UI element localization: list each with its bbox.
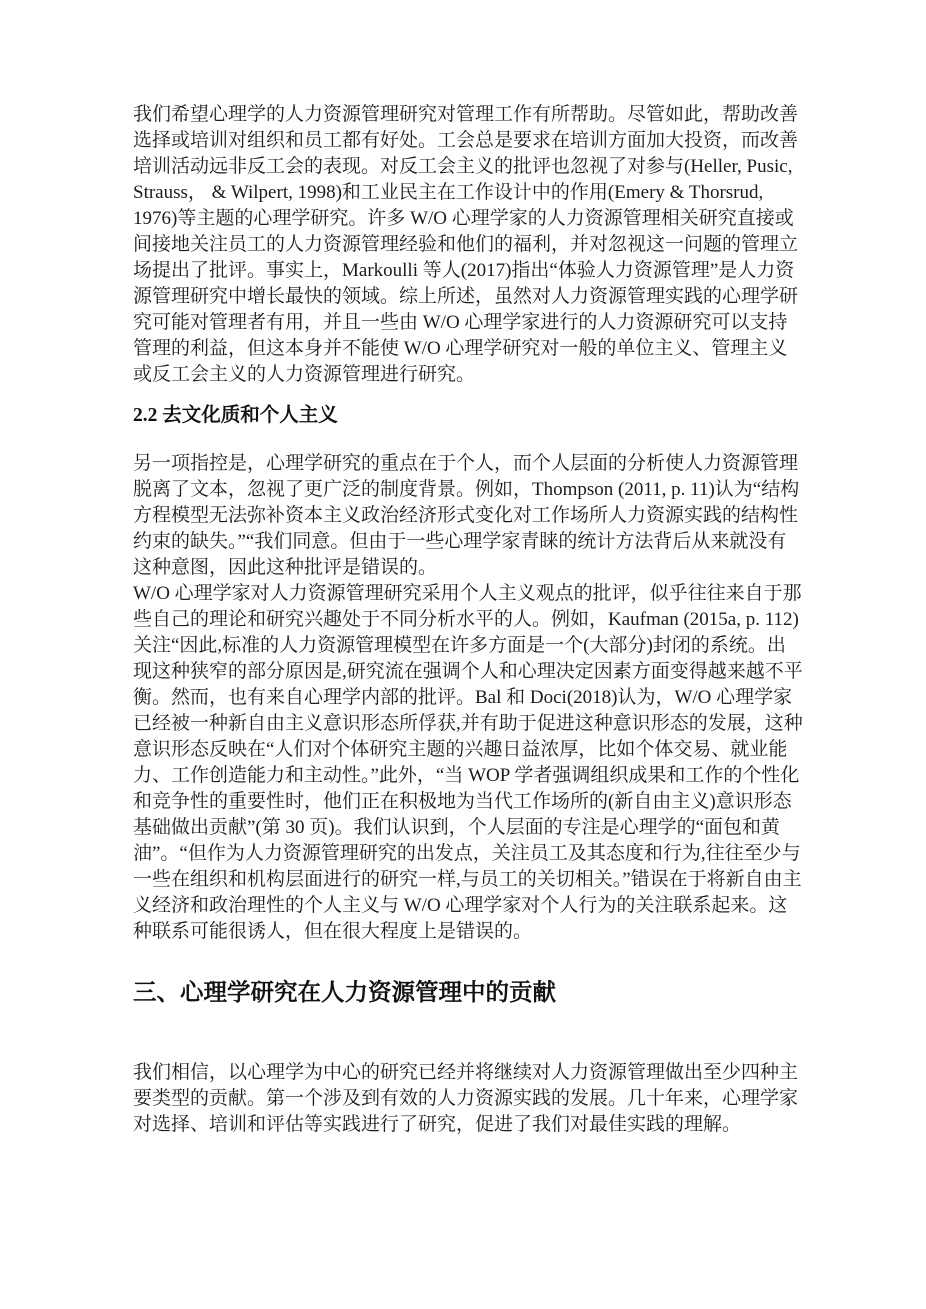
paragraph-contributions-intro: 我们相信，以心理学为中心的研究已经并将继续对人力资源管理做出至少四种主要类型的贡… [133, 1060, 803, 1138]
paragraph-decontextualization-critique: 另一项指控是，心理学研究的重点在于个人，而个人层面的分析使人力资源管理脱离了文本… [133, 451, 803, 581]
section-heading-decontextualization: 2.2 去文化质和个人主义 [133, 402, 803, 429]
paragraph-management-usefulness: 我们希望心理学的人力资源管理研究对管理工作有所帮助。尽管如此，帮助改善选择或培训… [133, 102, 803, 388]
document-content: 我们希望心理学的人力资源管理研究对管理工作有所帮助。尽管如此，帮助改善选择或培训… [133, 102, 803, 1138]
document-page: 我们希望心理学的人力资源管理研究对管理工作有所帮助。尽管如此，帮助改善选择或培训… [0, 0, 926, 1309]
section-heading-contributions: 三、心理学研究在人力资源管理中的贡献 [133, 977, 803, 1010]
paragraph-individualism-critique: W/O 心理学家对人力资源管理研究采用个人主义观点的批评，似乎往往来自于那些自己… [133, 581, 803, 945]
